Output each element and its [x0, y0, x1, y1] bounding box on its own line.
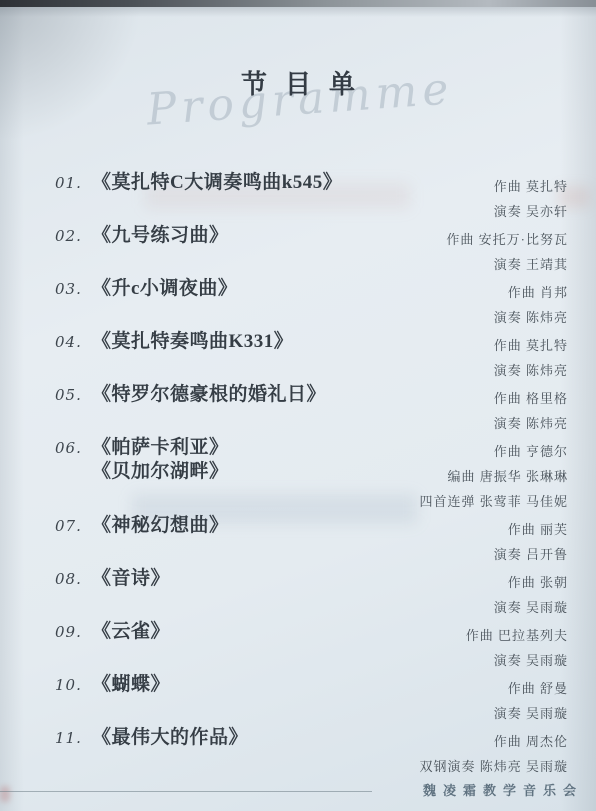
item-number: 06.: [55, 436, 92, 460]
item-credits: 作曲 安托万·比努瓦 演奏 王靖萁: [446, 224, 568, 277]
item-credits: 作曲 周杰伦 双钢演奏 陈炜亮 吴雨璇: [419, 726, 568, 779]
item-titles: 《莫扎特C大调奏鸣曲k545》: [92, 171, 342, 195]
item-title: 《神秘幻想曲》: [92, 514, 229, 538]
item-credits: 作曲 巴拉基列夫 演奏 吴雨璇: [466, 620, 568, 673]
item-number: 08.: [55, 567, 92, 591]
credit-line: 演奏 陈炜亮: [494, 305, 568, 330]
item-title: 《音诗》: [92, 567, 170, 591]
item-titles: 《特罗尔德豪根的婚礼日》: [92, 383, 326, 407]
item-number: 05.: [55, 383, 92, 407]
item-titles: 《云雀》: [92, 620, 170, 644]
item-left: 09. 《云雀》: [55, 620, 170, 644]
item-number: 10.: [55, 673, 92, 697]
item-left: 01. 《莫扎特C大调奏鸣曲k545》: [55, 171, 342, 195]
programme-list: 01. 《莫扎特C大调奏鸣曲k545》 作曲 莫扎特 演奏 吴亦轩 02. 《九…: [0, 171, 596, 779]
programme-item: 06. 《帕萨卡利亚》 《贝加尔湖畔》 作曲 亨德尔 编曲 唐振华 张琳琳 四首…: [55, 436, 568, 514]
item-number: 02.: [55, 224, 92, 248]
credit-line: 演奏 吴雨璇: [494, 595, 568, 620]
programme-item: 09. 《云雀》 作曲 巴拉基列夫 演奏 吴雨璇: [55, 620, 568, 673]
item-credits: 作曲 舒曼 演奏 吴雨璇: [494, 673, 568, 726]
programme-item: 03. 《升c小调夜曲》 作曲 肖邦 演奏 陈炜亮: [55, 277, 568, 330]
item-title: 《贝加尔湖畔》: [92, 460, 229, 484]
programme-page: Programme 节目单 01. 《莫扎特C大调奏鸣曲k545》 作曲 莫扎特…: [0, 0, 596, 811]
item-credits: 作曲 亨德尔 编曲 唐振华 张琳琳 四首连弹 张莺菲 马佳妮: [419, 436, 568, 514]
credit-line: 演奏 吴亦轩: [494, 199, 568, 224]
item-number: 01.: [55, 171, 92, 195]
programme-item: 05. 《特罗尔德豪根的婚礼日》 作曲 格里格 演奏 陈炜亮: [55, 383, 568, 436]
item-left: 08. 《音诗》: [55, 567, 170, 591]
item-titles: 《帕萨卡利亚》 《贝加尔湖畔》: [92, 436, 229, 484]
item-title: 《特罗尔德豪根的婚礼日》: [92, 383, 326, 407]
item-titles: 《神秘幻想曲》: [92, 514, 229, 538]
item-credits: 作曲 张朝 演奏 吴雨璇: [494, 567, 568, 620]
item-left: 11. 《最伟大的作品》: [55, 726, 248, 750]
item-title: 《最伟大的作品》: [92, 726, 248, 750]
credit-line: 作曲 安托万·比努瓦: [446, 227, 568, 252]
credit-line: 作曲 舒曼: [494, 676, 568, 701]
photo-top-edge-shadow: [0, 7, 596, 17]
item-titles: 《最伟大的作品》: [92, 726, 248, 750]
item-titles: 《九号练习曲》: [92, 224, 229, 248]
programme-item: 08. 《音诗》 作曲 张朝 演奏 吴雨璇: [55, 567, 568, 620]
item-title: 《升c小调夜曲》: [92, 277, 237, 301]
credit-line: 演奏 陈炜亮: [494, 411, 568, 436]
item-titles: 《莫扎特奏鸣曲K331》: [92, 330, 293, 354]
footer-concert-name: 魏凌霜教学音乐会: [423, 780, 583, 799]
credit-line: 作曲 莫扎特: [494, 174, 568, 199]
item-left: 06. 《帕萨卡利亚》 《贝加尔湖畔》: [55, 436, 229, 484]
programme-item: 04. 《莫扎特奏鸣曲K331》 作曲 莫扎特 演奏 陈炜亮: [55, 330, 568, 383]
ink-bleed-artifact: [0, 786, 10, 802]
item-title: 《莫扎特C大调奏鸣曲k545》: [92, 171, 342, 195]
credit-line: 演奏 吕开鲁: [494, 542, 568, 567]
programme-item: 01. 《莫扎特C大调奏鸣曲k545》 作曲 莫扎特 演奏 吴亦轩: [55, 171, 568, 224]
credit-line: 作曲 格里格: [494, 386, 568, 411]
item-titles: 《音诗》: [92, 567, 170, 591]
item-title: 《帕萨卡利亚》: [92, 436, 229, 460]
item-titles: 《蝴蝶》: [92, 673, 170, 697]
item-title: 《九号练习曲》: [92, 224, 229, 248]
item-credits: 作曲 莫扎特 演奏 吴亦轩: [494, 171, 568, 224]
credit-line: 作曲 巴拉基列夫: [466, 623, 568, 648]
credit-line: 演奏 吴雨璇: [466, 648, 568, 673]
item-number: 09.: [55, 620, 92, 644]
item-titles: 《升c小调夜曲》: [92, 277, 237, 301]
footer-divider: [0, 791, 372, 792]
item-number: 03.: [55, 277, 92, 301]
item-left: 03. 《升c小调夜曲》: [55, 277, 237, 301]
credit-line: 演奏 吴雨璇: [494, 701, 568, 726]
programme-item: 02. 《九号练习曲》 作曲 安托万·比努瓦 演奏 王靖萁: [55, 224, 568, 277]
item-number: 07.: [55, 514, 92, 538]
credit-line: 演奏 王靖萁: [446, 252, 568, 277]
credit-line: 作曲 亨德尔: [419, 439, 568, 464]
programme-item: 10. 《蝴蝶》 作曲 舒曼 演奏 吴雨璇: [55, 673, 568, 726]
credit-line: 编曲 唐振华 张琳琳: [419, 464, 568, 489]
programme-item: 07. 《神秘幻想曲》 作曲 丽芙 演奏 吕开鲁: [55, 514, 568, 567]
programme-item: 11. 《最伟大的作品》 作曲 周杰伦 双钢演奏 陈炜亮 吴雨璇: [55, 726, 568, 779]
credit-line: 作曲 丽芙: [494, 517, 568, 542]
credit-line: 作曲 张朝: [494, 570, 568, 595]
item-credits: 作曲 格里格 演奏 陈炜亮: [494, 383, 568, 436]
credit-line: 作曲 莫扎特: [494, 333, 568, 358]
item-number: 11.: [55, 726, 92, 750]
item-number: 04.: [55, 330, 92, 354]
credit-line: 四首连弹 张莺菲 马佳妮: [419, 489, 568, 514]
item-left: 05. 《特罗尔德豪根的婚礼日》: [55, 383, 326, 407]
item-left: 02. 《九号练习曲》: [55, 224, 229, 248]
credit-line: 作曲 肖邦: [494, 280, 568, 305]
item-credits: 作曲 肖邦 演奏 陈炜亮: [494, 277, 568, 330]
item-title: 《云雀》: [92, 620, 170, 644]
photo-top-edge: [0, 0, 596, 7]
item-title: 《蝴蝶》: [92, 673, 170, 697]
item-left: 04. 《莫扎特奏鸣曲K331》: [55, 330, 293, 354]
item-left: 07. 《神秘幻想曲》: [55, 514, 229, 538]
page-title: 节目单: [0, 64, 596, 101]
credit-line: 双钢演奏 陈炜亮 吴雨璇: [419, 754, 568, 779]
credit-line: 演奏 陈炜亮: [494, 358, 568, 383]
item-left: 10. 《蝴蝶》: [55, 673, 170, 697]
item-credits: 作曲 莫扎特 演奏 陈炜亮: [494, 330, 568, 383]
item-credits: 作曲 丽芙 演奏 吕开鲁: [494, 514, 568, 567]
item-title: 《莫扎特奏鸣曲K331》: [92, 330, 293, 354]
credit-line: 作曲 周杰伦: [419, 729, 568, 754]
